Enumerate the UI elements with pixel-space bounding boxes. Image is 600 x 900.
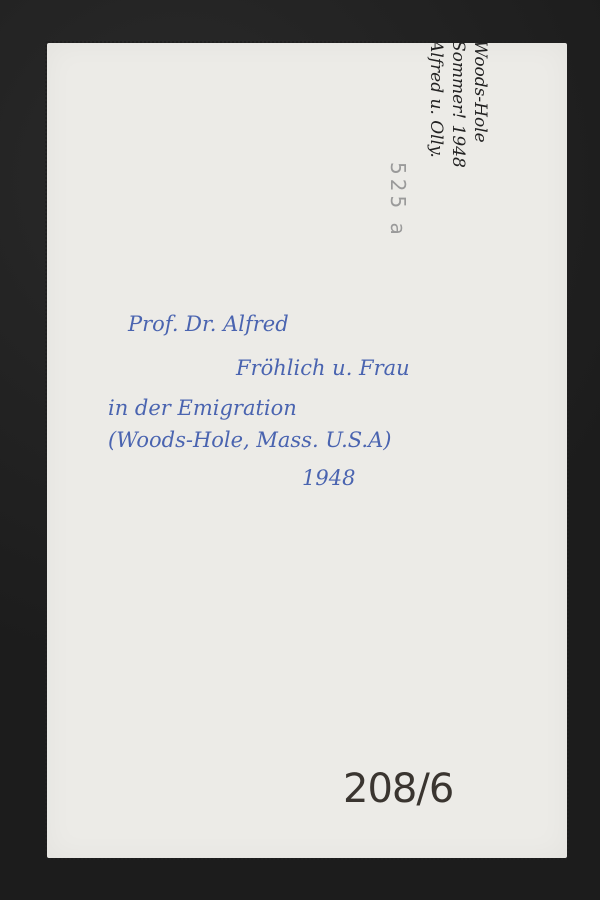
note-line-date: Sommer! 1948 (447, 40, 469, 310)
caption-line-4: (Woods-Hole, Mass. U.S.A) (108, 428, 391, 452)
note-line-place: Woods-Hole (469, 40, 491, 310)
archive-number: 208/6 (343, 766, 453, 812)
caption-line-3: in der Emigration (108, 396, 297, 420)
vertical-handwritten-notes: Woods-Hole Sommer! 1948 Alfred u. Olly. (425, 40, 491, 310)
caption-line-2: Fröhlich u. Frau (236, 356, 410, 380)
caption-line-1: Prof. Dr. Alfred (128, 312, 289, 336)
caption-line-year: 1948 (302, 466, 355, 490)
note-line-names: Alfred u. Olly. (425, 40, 447, 310)
stamped-number: 525 a (386, 162, 410, 239)
